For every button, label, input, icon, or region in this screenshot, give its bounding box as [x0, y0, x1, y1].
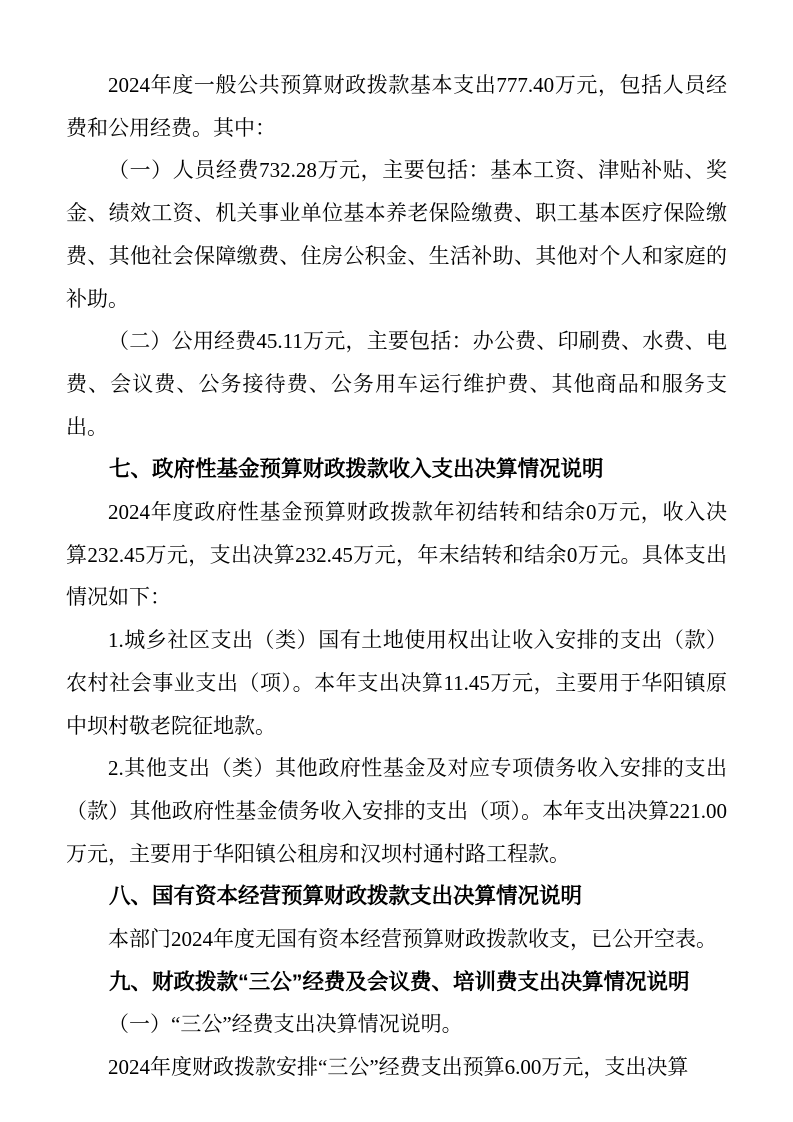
para-fund-item-1: 1.城乡社区支出（类）国有土地使用权出让收入安排的支出（款）农村社会事业支出（项… [66, 619, 727, 747]
para-government-fund-summary: 2024年度政府性基金预算财政拨款年初结转和结余0万元，收入决算232.45万元… [66, 491, 727, 619]
document-page: 2024年度一般公共预算财政拨款基本支出777.40万元，包括人员经费和公用经费… [0, 0, 793, 1122]
para-three-public-subheading: （一）“三公”经费支出决算情况说明。 [66, 1003, 727, 1046]
para-three-public-budget: 2024年度财政拨款安排“三公”经费支出预算6.00万元，支出决算 [66, 1046, 727, 1089]
para-state-capital-note: 本部门2024年度无国有资本经营预算财政拨款收支，已公开空表。 [66, 918, 727, 961]
heading-section-9-three-public: 九、财政拨款“三公”经费及会议费、培训费支出决算情况说明 [66, 961, 727, 1004]
para-basic-expenditure-summary: 2024年度一般公共预算财政拨款基本支出777.40万元，包括人员经费和公用经费… [66, 64, 727, 149]
heading-section-8-state-capital: 八、国有资本经营预算财政拨款支出决算情况说明 [66, 875, 727, 918]
heading-section-7-government-funds: 七、政府性基金预算财政拨款收入支出决算情况说明 [66, 448, 727, 491]
para-fund-item-2: 2.其他支出（类）其他政府性基金及对应专项债务收入安排的支出（款）其他政府性基金… [66, 747, 727, 875]
para-personnel-expenses: （一）人员经费732.28万元，主要包括：基本工资、津贴补贴、奖金、绩效工资、机… [66, 149, 727, 320]
para-public-expenses: （二）公用经费45.11万元，主要包括：办公费、印刷费、水费、电费、会议费、公务… [66, 320, 727, 448]
document-body: 2024年度一般公共预算财政拨款基本支出777.40万元，包括人员经费和公用经费… [66, 64, 727, 1089]
